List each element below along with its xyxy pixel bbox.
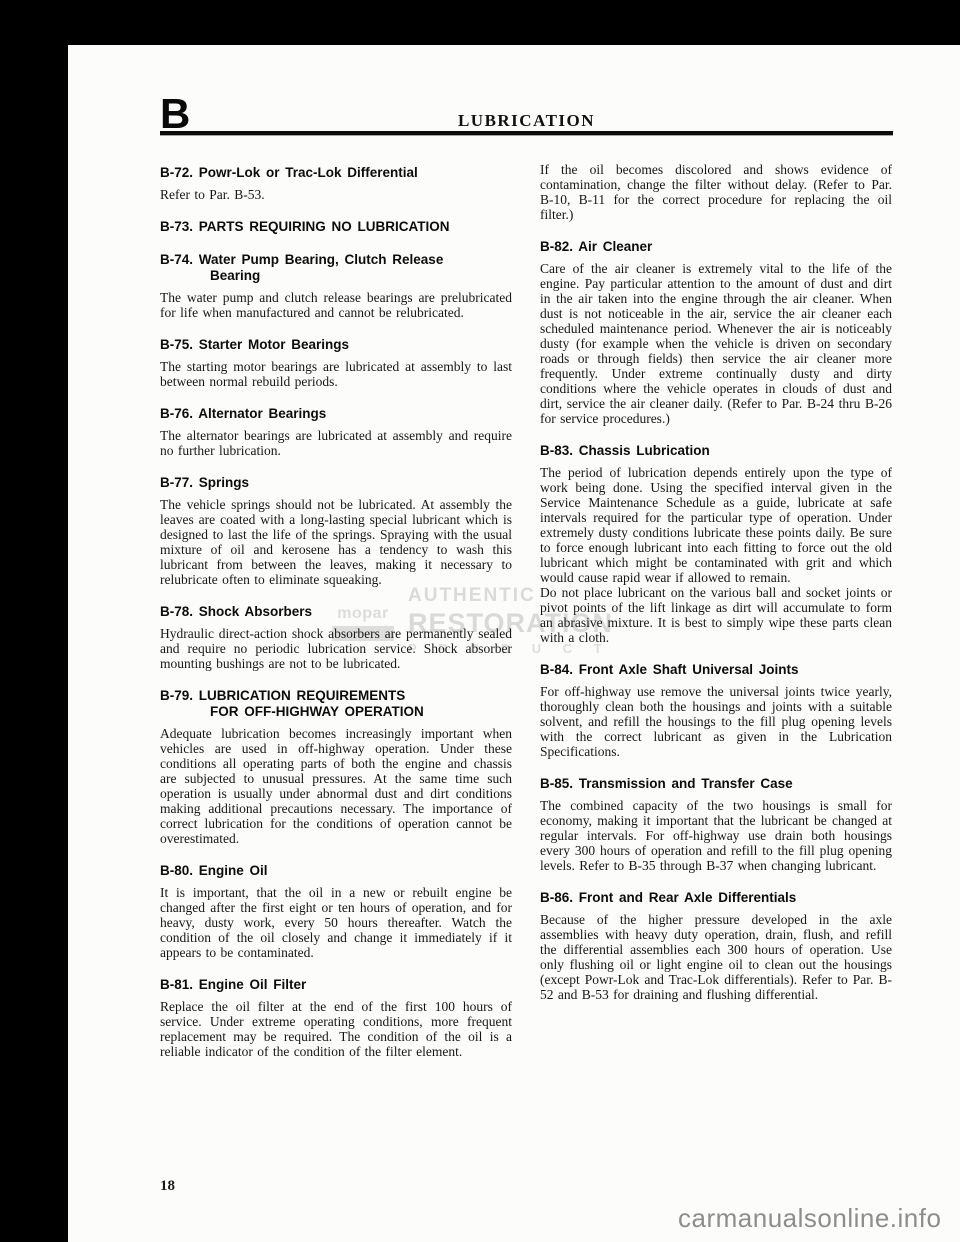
header-rule (160, 131, 893, 135)
paragraph: Care of the air cleaner is extremely vit… (540, 261, 892, 426)
page-content: B LUBRICATION mopar AUTHENTIC RESTORATIO… (160, 45, 893, 1242)
section-heading: B-76. Alternator Bearings (160, 406, 512, 422)
page-title: LUBRICATION (160, 111, 893, 131)
section-heading: B-79. LUBRICATION REQUIREMENTSFOR OFF-HI… (160, 688, 512, 720)
section-heading-line: B-78. Shock Absorbers (160, 604, 512, 620)
column-left: B-72. Powr-Lok or Trac-Lok DifferentialR… (160, 165, 512, 1059)
section-heading-line: B-73. PARTS REQUIRING NO LUBRICATION (160, 219, 512, 235)
section-heading: B-73. PARTS REQUIRING NO LUBRICATION (160, 219, 512, 235)
section-heading-line: B-72. Powr-Lok or Trac-Lok Differential (160, 165, 512, 181)
paragraph: The period of lubrication depends entire… (540, 465, 892, 585)
section-heading-line: Bearing (160, 268, 512, 284)
section-heading: B-85. Transmission and Transfer Case (540, 776, 892, 792)
section-heading-line: B-77. Springs (160, 475, 512, 491)
paragraph: Because of the higher pressure developed… (540, 912, 892, 1002)
paragraph: Do not place lubricant on the various ba… (540, 585, 892, 645)
section-heading: B-84. Front Axle Shaft Universal Joints (540, 662, 892, 678)
paragraph: The water pump and clutch release bearin… (160, 290, 512, 320)
section-heading-line: B-81. Engine Oil Filter (160, 977, 512, 993)
section-heading: B-72. Powr-Lok or Trac-Lok Differential (160, 165, 512, 181)
site-watermark: carmanualsonline.info (678, 1203, 941, 1234)
section-heading: B-77. Springs (160, 475, 512, 491)
paragraph: The combined capacity of the two housing… (540, 798, 892, 873)
section-heading-line: B-74. Water Pump Bearing, Clutch Release (160, 252, 512, 268)
section-heading: B-78. Shock Absorbers (160, 604, 512, 620)
section-heading-line: B-80. Engine Oil (160, 863, 512, 879)
section-heading-line: B-76. Alternator Bearings (160, 406, 512, 422)
paragraph: Adequate lubrication becomes increasingl… (160, 726, 512, 846)
section-heading-line: B-82. Air Cleaner (540, 239, 892, 255)
paragraph: The starting motor bearings are lubricat… (160, 359, 512, 389)
section-heading: B-86. Front and Rear Axle Differentials (540, 890, 892, 906)
page-number: 18 (160, 1178, 175, 1195)
paragraph: For off-highway use remove the universal… (540, 684, 892, 759)
section-heading-line: B-86. Front and Rear Axle Differentials (540, 890, 892, 906)
section-heading: B-82. Air Cleaner (540, 239, 892, 255)
section-heading: B-81. Engine Oil Filter (160, 977, 512, 993)
scanned-manual-page: { "page": { "section_letter": "B", "head… (0, 0, 960, 1242)
section-heading-line: B-75. Starter Motor Bearings (160, 337, 512, 353)
paragraph: The vehicle springs should not be lubric… (160, 497, 512, 587)
paragraph: Hydraulic direct-action shock absorbers … (160, 626, 512, 671)
paragraph: It is important, that the oil in a new o… (160, 885, 512, 960)
paragraph: The alternator bearings are lubricated a… (160, 428, 512, 458)
section-heading-line: FOR OFF-HIGHWAY OPERATION (160, 704, 512, 720)
section-heading: B-75. Starter Motor Bearings (160, 337, 512, 353)
section-heading-line: B-79. LUBRICATION REQUIREMENTS (160, 688, 512, 704)
section-heading-line: B-84. Front Axle Shaft Universal Joints (540, 662, 892, 678)
section-heading: B-83. Chassis Lubrication (540, 443, 892, 459)
paragraph: If the oil becomes discolored and shows … (540, 162, 892, 222)
manual-page: B LUBRICATION mopar AUTHENTIC RESTORATIO… (68, 45, 960, 1242)
section-heading-line: B-85. Transmission and Transfer Case (540, 776, 892, 792)
column-right: If the oil becomes discolored and shows … (540, 162, 892, 1002)
paragraph: Refer to Par. B-53. (160, 187, 512, 202)
section-heading: B-74. Water Pump Bearing, Clutch Release… (160, 252, 512, 284)
paragraph: Replace the oil filter at the end of the… (160, 999, 512, 1059)
section-heading: B-80. Engine Oil (160, 863, 512, 879)
section-heading-line: B-83. Chassis Lubrication (540, 443, 892, 459)
